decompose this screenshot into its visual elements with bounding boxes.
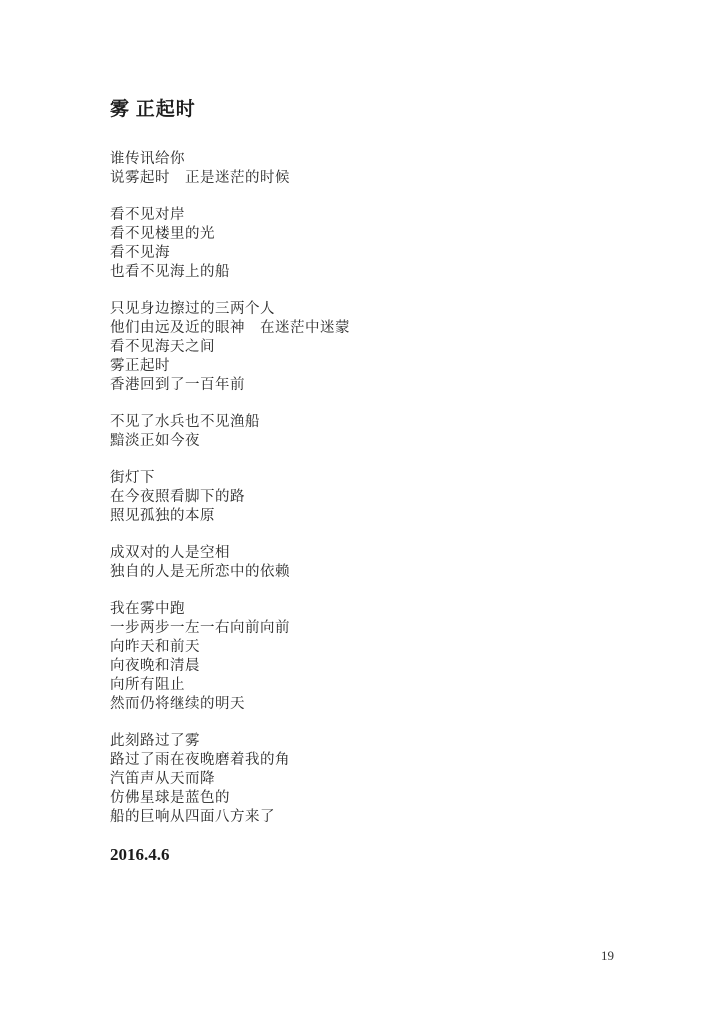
stanza: 此刻路过了雾路过了雨在夜晚磨着我的角汽笛声从天而降仿佛星球是蓝色的船的巨响从四面…	[110, 732, 614, 827]
poem-line: 照见孤独的本原	[110, 507, 614, 526]
poem-line: 仿佛星球是蓝色的	[110, 789, 614, 808]
stanza: 我在雾中跑一步两步一左一右向前向前向昨天和前天向夜晚和清晨向所有阻止然而仍将继续…	[110, 600, 614, 714]
poem-line: 在今夜照看脚下的路	[110, 488, 614, 507]
poem-line: 独自的人是无所恋中的依赖	[110, 563, 614, 582]
poem-line: 他们由远及近的眼神 在迷茫中迷蒙	[110, 319, 614, 338]
poem: 雾 正起时 谁传讯给你说雾起时 正是迷茫的时候看不见对岸看不见楼里的光看不见海也…	[110, 97, 614, 865]
poem-title: 雾 正起时	[110, 97, 614, 123]
poem-line: 看不见楼里的光	[110, 225, 614, 244]
poem-line: 向昨天和前天	[110, 638, 614, 657]
poem-line: 船的巨响从四面八方来了	[110, 808, 614, 827]
poem-line: 我在雾中跑	[110, 600, 614, 619]
poem-line: 向所有阻止	[110, 676, 614, 695]
poem-line: 向夜晚和清晨	[110, 657, 614, 676]
poem-line: 街灯下	[110, 469, 614, 488]
poem-body: 谁传讯给你说雾起时 正是迷茫的时候看不见对岸看不见楼里的光看不见海也看不见海上的…	[110, 150, 614, 827]
page-number: 19	[110, 948, 614, 963]
poem-line: 路过了雨在夜晚磨着我的角	[110, 751, 614, 770]
poem-line: 黯淡正如今夜	[110, 432, 614, 451]
poem-line: 看不见对岸	[110, 206, 614, 225]
poem-line: 雾正起时	[110, 357, 614, 376]
poem-line: 看不见海天之间	[110, 338, 614, 357]
poem-date: 2016.4.6	[110, 845, 614, 865]
poem-line: 说雾起时 正是迷茫的时候	[110, 169, 614, 188]
poem-line: 汽笛声从天而降	[110, 770, 614, 789]
poem-line: 不见了水兵也不见渔船	[110, 413, 614, 432]
stanza: 谁传讯给你说雾起时 正是迷茫的时候	[110, 150, 614, 188]
poem-line: 香港回到了一百年前	[110, 376, 614, 395]
poem-line: 成双对的人是空相	[110, 544, 614, 563]
poem-line: 也看不见海上的船	[110, 263, 614, 282]
stanza: 只见身边擦过的三两个人他们由远及近的眼神 在迷茫中迷蒙看不见海天之间雾正起时香港…	[110, 300, 614, 395]
poem-line: 只见身边擦过的三两个人	[110, 300, 614, 319]
poem-line: 此刻路过了雾	[110, 732, 614, 751]
stanza: 街灯下在今夜照看脚下的路照见孤独的本原	[110, 469, 614, 526]
poem-line: 看不见海	[110, 244, 614, 263]
stanza: 看不见对岸看不见楼里的光看不见海也看不见海上的船	[110, 206, 614, 282]
stanza: 成双对的人是空相独自的人是无所恋中的依赖	[110, 544, 614, 582]
poem-line: 一步两步一左一右向前向前	[110, 619, 614, 638]
poem-line: 谁传讯给你	[110, 150, 614, 169]
poem-line: 然而仍将继续的明天	[110, 695, 614, 714]
document-page: 雾 正起时 谁传讯给你说雾起时 正是迷茫的时候看不见对岸看不见楼里的光看不见海也…	[0, 0, 724, 1023]
stanza: 不见了水兵也不见渔船黯淡正如今夜	[110, 413, 614, 451]
